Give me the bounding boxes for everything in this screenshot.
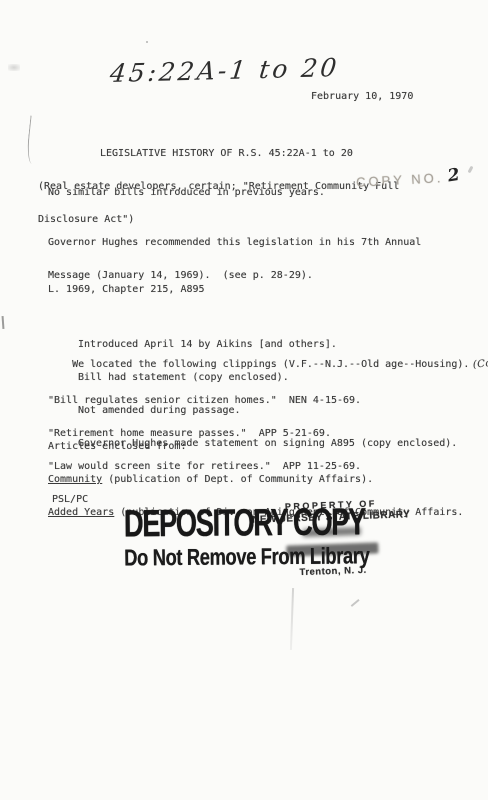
document-date: February 10, 1970 [311,91,413,102]
law-heading: L. 1969, Chapter 215, A895 [48,284,457,295]
scanned-document-page: 45:22A-1 to 20 February 10, 1970 LEGISLA… [0,0,488,800]
typist-initials: PSL/PC [52,494,88,505]
scan-artifact-diagonal-mark [351,599,360,607]
scan-artifact-dot [146,41,148,43]
paragraph-no-similar-bills: No similar bills introduced in previous … [48,187,325,198]
article-title-1: Community [48,474,102,485]
depository-copy-stamp: DEPOSITORY COPY Do Not Remove From Libra… [124,503,459,570]
scan-artifact-squiggle [468,166,474,174]
article-rest-1: (publication of Dept. of Community Affai… [102,474,373,485]
title-line-1: LEGISLATIVE HISTORY OF R.S. 45:22A-1 to … [100,148,399,159]
copy-number-stamp-label: COPY NO. [356,170,444,190]
copy-number-handwritten: 2 [447,165,462,187]
scan-artifact-crease [290,588,294,650]
handwritten-citation: 45:22A-1 to 20 [108,53,341,88]
clipping-item-1: "Bill regulates senior citizen homes." N… [48,395,361,406]
articles-intro: Articles enclosed from: [48,441,463,452]
article-title-2: Added Years [48,507,114,518]
depository-stamp-line-1: DEPOSITORY COPY [124,503,365,543]
depository-stamp-line-2: Do Not Remove From Library [124,544,392,569]
governor-line-1: Governor Hughes recommended this legisla… [48,237,421,248]
clippings-intro: We located the following clippings (V.F.… [72,359,469,370]
article-item-1: Community (publication of Dept. of Commu… [48,474,463,485]
scan-artifact-smear [8,64,20,71]
handwritten-copy-note: (Copy enc) [473,354,488,370]
scan-artifact-margin-tick [2,316,5,329]
copy-number-stamp: COPY NO.2 [356,166,461,191]
